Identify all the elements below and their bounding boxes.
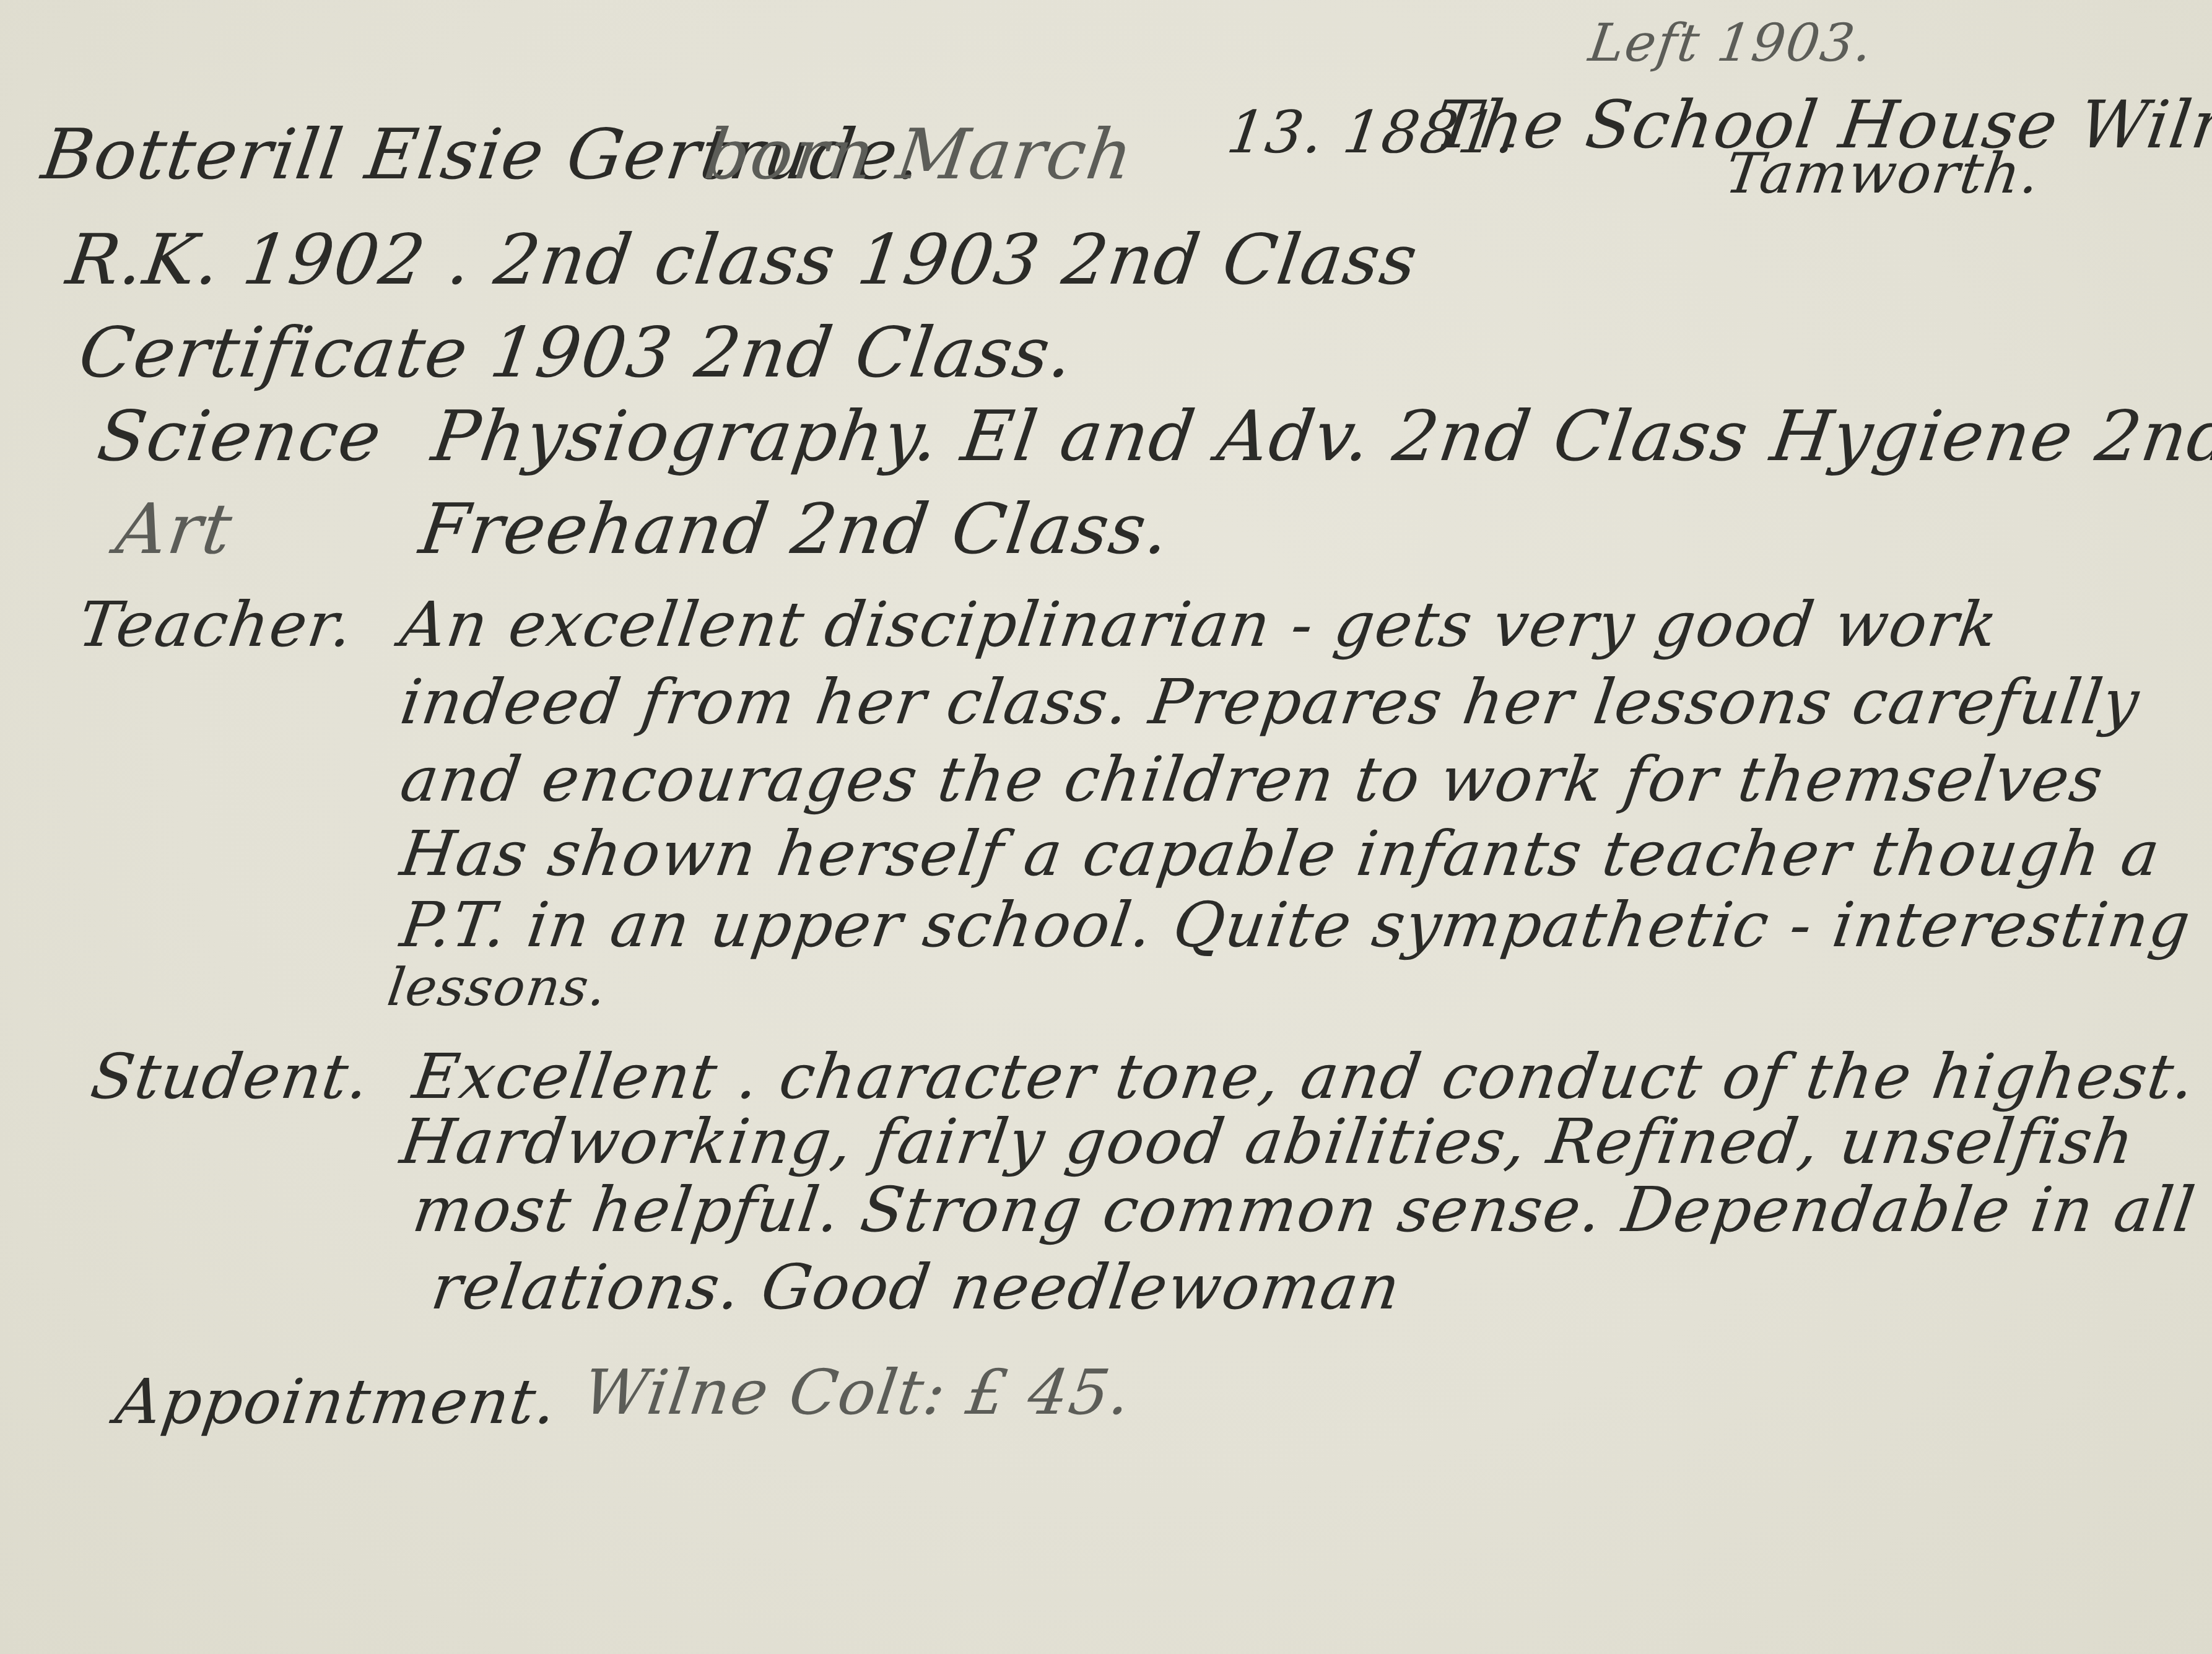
teacher-line: An excellent disciplinarian - gets very …: [396, 588, 2003, 661]
born-label: born March: [700, 115, 1139, 195]
register-page: Left 1903. Botterill Elsie Gertrude. bor…: [0, 0, 2212, 1654]
science-label: Science: [93, 396, 387, 477]
teacher-line: lessons.: [384, 957, 611, 1017]
student-line: Excellent . character tone, and conduct …: [409, 1040, 2200, 1113]
certificate-results: Certificate 1903 2nd Class.: [74, 313, 1079, 393]
address-line-2: Tamworth.: [1722, 141, 2045, 206]
rk-results: R.K. 1902 . 2nd class 1903 2nd Class: [62, 220, 1423, 300]
left-note: Left 1903.: [1585, 12, 1877, 73]
teacher-label: Teacher.: [74, 588, 358, 661]
student-line: relations. Good needlewoman: [427, 1251, 1405, 1323]
student-label: Student.: [87, 1040, 375, 1113]
appointment-label: Appointment.: [111, 1365, 562, 1438]
teacher-line: Has shown herself a capable infants teac…: [396, 817, 2165, 890]
teacher-line: P.T. in an upper school. Quite sympathet…: [396, 889, 2195, 961]
teacher-line: indeed from her class. Prepares her less…: [396, 666, 2145, 738]
student-line: Hardworking, fairly good abilities, Refi…: [396, 1105, 2140, 1178]
appointment-value: Wilne Colt: £ 45.: [579, 1356, 1136, 1429]
art-label: Art: [111, 489, 238, 570]
teacher-line: and encourages the children to work for …: [396, 743, 2108, 816]
student-line: most helpful. Strong common sense. Depen…: [409, 1173, 2200, 1246]
science-value: Physiography. El and Adv. 2nd Class Hygi…: [427, 396, 2212, 477]
art-value: Freehand 2nd Class.: [415, 489, 1175, 570]
